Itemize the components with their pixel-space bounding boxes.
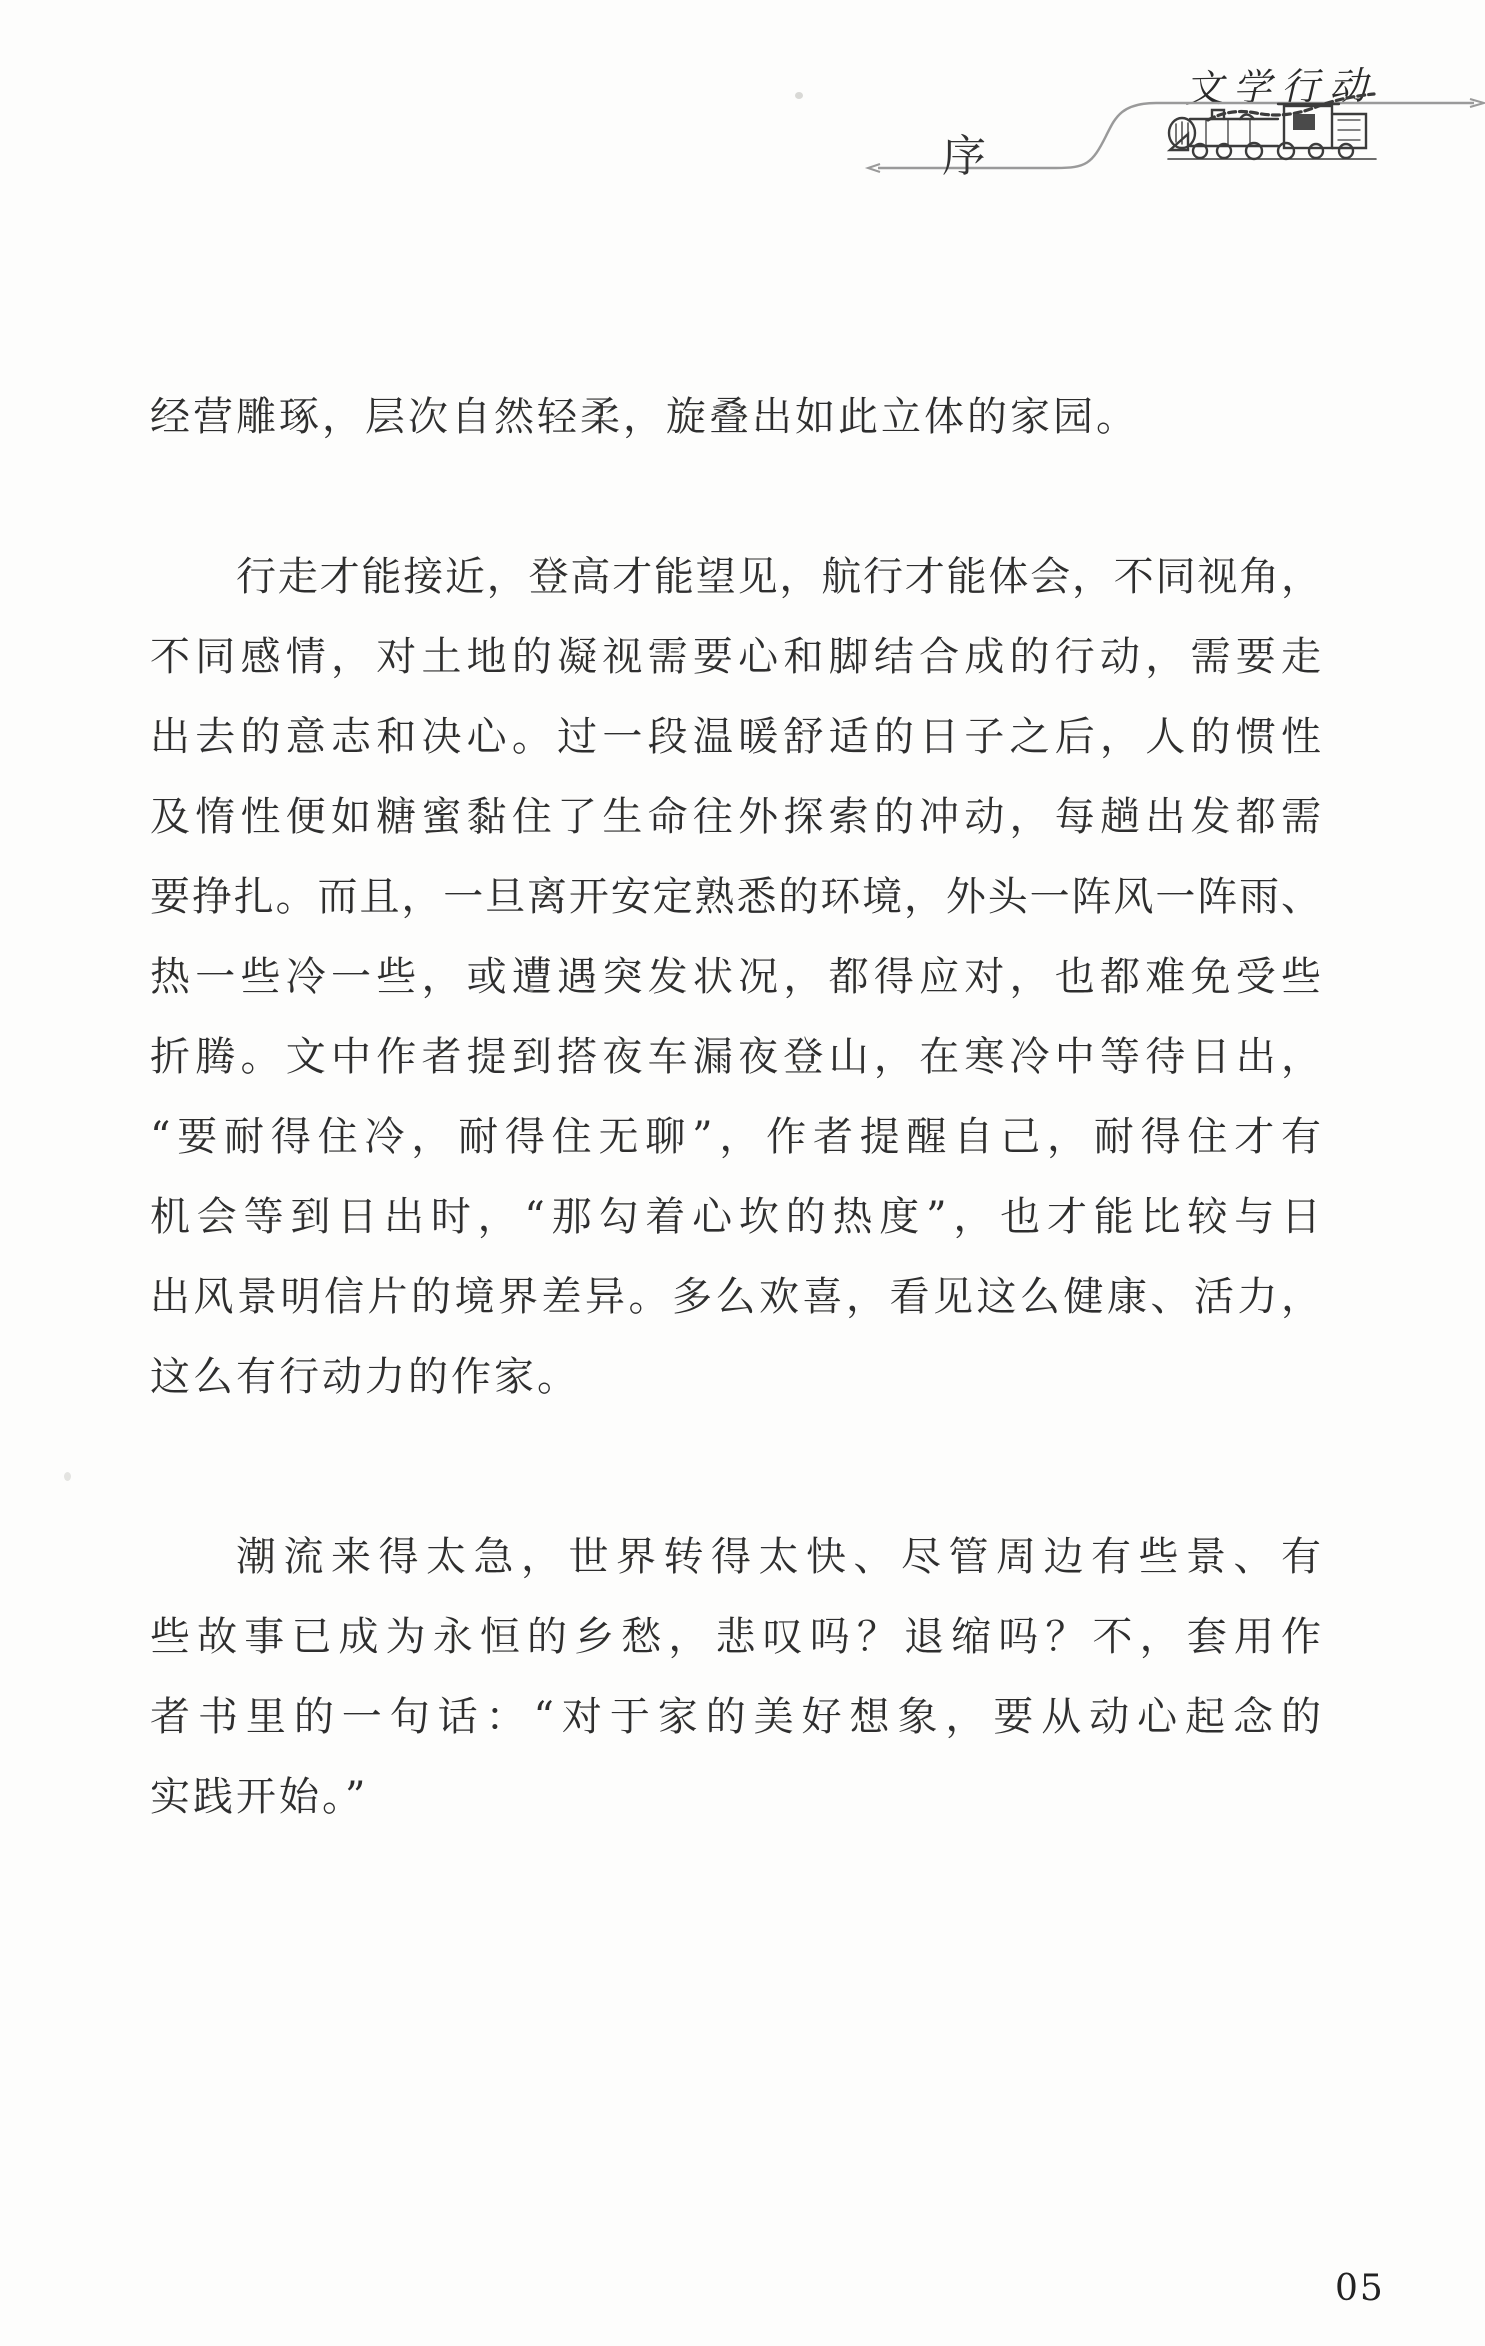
text-line: 经营雕琢，层次自然轻柔，旋叠出如此立体的家园。	[150, 377, 1322, 457]
text-line: 出去的意志和决心。过一段温暖舒适的日子之后，人的惯性	[150, 697, 1322, 777]
text-line: 及惰性便如糖蜜黏住了生命往外探索的冲动，每趟出发都需	[150, 777, 1322, 857]
text-line: 折腾。文中作者提到搭夜车漏夜登山，在寒冷中等待日出，	[150, 1017, 1322, 1097]
book-page: 文学行动 序	[0, 0, 1485, 2346]
text-line: 出风景明信片的境界差异。多么欢喜，看见这么健康、活力，	[150, 1257, 1322, 1337]
scan-speck	[528, 986, 534, 992]
text-line: 这么有行动力的作家。	[150, 1337, 1322, 1417]
text-line: 热一些冷一些，或遭遇突发状况，都得应对，也都难免受些	[150, 937, 1322, 1017]
text-line: 行走才能接近，登高才能望见，航行才能体会，不同视角，	[150, 537, 1322, 617]
scan-speck	[64, 1472, 71, 1481]
text-line: “要耐得住冷，耐得住无聊”，作者提醒自己，耐得住才有	[150, 1097, 1322, 1177]
text-line: 者书里的一句话：“对于家的美好想象，要从动心起念的	[150, 1677, 1322, 1757]
text-line: 潮流来得太急，世界转得太快、尽管周边有些景、有	[150, 1517, 1322, 1597]
page-number: 05	[1335, 2268, 1385, 2309]
text-line: 要挣扎。而且，一旦离开安定熟悉的环境，外头一阵风一阵雨、	[150, 857, 1322, 937]
text-line: 不同感情，对土地的凝视需要心和脚结合成的行动，需要走	[150, 617, 1322, 697]
paragraph: 经营雕琢，层次自然轻柔，旋叠出如此立体的家园。	[150, 377, 1322, 457]
text-line: 实践开始。”	[150, 1757, 1322, 1837]
text-line: 些故事已成为永恒的乡愁，悲叹吗？退缩吗？不，套用作	[150, 1597, 1322, 1677]
paragraph: 潮流来得太急，世界转得太快、尽管周边有些景、有 些故事已成为永恒的乡愁，悲叹吗？…	[150, 1517, 1322, 1837]
scan-speck	[795, 92, 803, 99]
section-label: 序	[942, 120, 986, 184]
steam-train-illustration	[1166, 84, 1404, 164]
body-text: 经营雕琢，层次自然轻柔，旋叠出如此立体的家园。 行走才能接近，登高才能望见，航行…	[150, 377, 1322, 1837]
paragraph: 行走才能接近，登高才能望见，航行才能体会，不同视角， 不同感情，对土地的凝视需要…	[150, 537, 1322, 1417]
text-line: 机会等到日出时，“那勾着心坎的热度”，也才能比较与日	[150, 1177, 1322, 1257]
